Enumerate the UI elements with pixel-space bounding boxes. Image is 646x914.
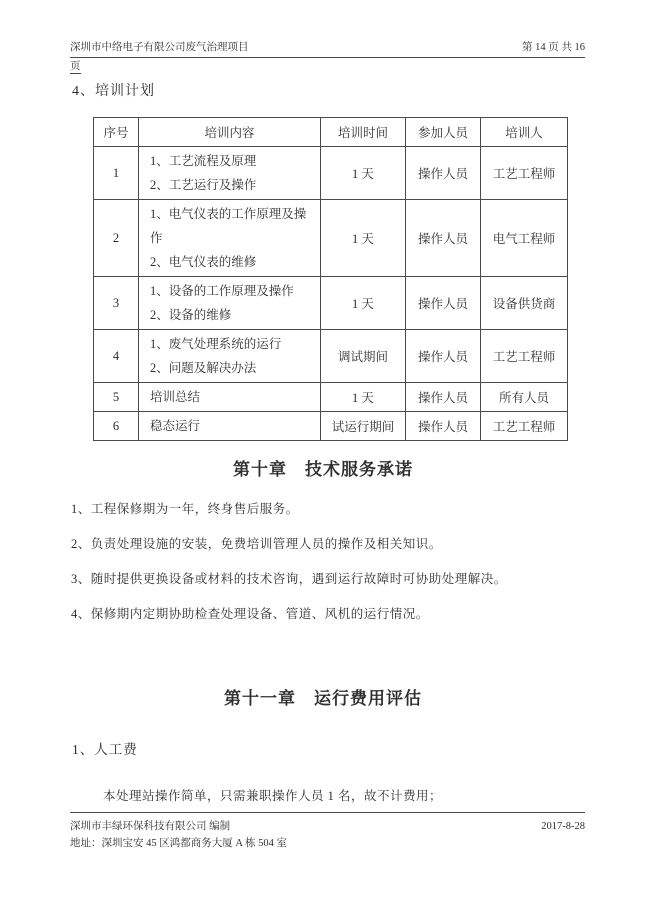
content-line: 1、废气处理系统的运行 — [150, 332, 316, 356]
content-line: 2、工艺运行及操作 — [150, 173, 316, 197]
cell-time: 1 天 — [321, 200, 406, 277]
page-footer: 深圳市丰绿环保科技有限公司 编制 2017-8-28 地址：深圳宝安 45 区鸿… — [70, 812, 585, 852]
chapter-11-paragraph: 本处理站操作简单，只需兼职操作人员 1 名，故不计费用； — [103, 786, 573, 804]
service-commitment-item: 1、工程保修期为一年，终身售后服务。 — [71, 501, 586, 518]
cell-content: 1、电气仪表的工作原理及操作2、电气仪表的维修 — [139, 200, 321, 277]
table-row: 21、电气仪表的工作原理及操作2、电气仪表的维修1 天操作人员电气工程师 — [94, 200, 568, 277]
cell-no: 3 — [94, 277, 139, 330]
content-line: 2、电气仪表的维修 — [150, 250, 316, 274]
header-page-number-wrap: 页 — [70, 61, 81, 74]
chapter-11-subsection-title: 1、人工费 — [72, 738, 138, 758]
cell-no: 4 — [94, 330, 139, 383]
service-commitment-item: 3、随时提供更换设备或材料的技术咨询，遇到运行故障时可协助处理解决。 — [71, 571, 586, 588]
cell-trainer: 所有人员 — [481, 383, 568, 412]
cell-participants: 操作人员 — [406, 147, 481, 200]
cell-participants: 操作人员 — [406, 200, 481, 277]
footer-date: 2017-8-28 — [541, 818, 585, 835]
section-4-title: 4、培训计划 — [72, 80, 155, 100]
page-header: 深圳市中络电子有限公司废气治理项目 第 14 页 共 16 页 — [70, 40, 585, 74]
cell-participants: 操作人员 — [406, 277, 481, 330]
training-table-body: 11、工艺流程及原理2、工艺运行及操作1 天操作人员工艺工程师21、电气仪表的工… — [94, 147, 568, 441]
cell-content: 1、废气处理系统的运行2、问题及解决办法 — [139, 330, 321, 383]
cell-participants: 操作人员 — [406, 330, 481, 383]
header-wrap-line: 页 — [70, 59, 585, 74]
footer-line-1: 深圳市丰绿环保科技有限公司 编制 2017-8-28 — [70, 818, 585, 835]
cell-time: 1 天 — [321, 277, 406, 330]
cell-no: 5 — [94, 383, 139, 412]
footer-company: 深圳市丰绿环保科技有限公司 编制 — [70, 818, 230, 835]
col-header-time: 培训时间 — [321, 118, 406, 147]
chapter-11-title: 第十一章 运行费用评估 — [0, 684, 646, 709]
cell-trainer: 电气工程师 — [481, 200, 568, 277]
table-row: 11、工艺流程及原理2、工艺运行及操作1 天操作人员工艺工程师 — [94, 147, 568, 200]
cell-time: 1 天 — [321, 147, 406, 200]
cell-participants: 操作人员 — [406, 383, 481, 412]
col-header-participants: 参加人员 — [406, 118, 481, 147]
cell-no: 6 — [94, 412, 139, 441]
cell-trainer: 工艺工程师 — [481, 147, 568, 200]
cell-time: 1 天 — [321, 383, 406, 412]
cell-no: 1 — [94, 147, 139, 200]
cell-participants: 操作人员 — [406, 412, 481, 441]
header-project-title: 深圳市中络电子有限公司废气治理项目 — [70, 40, 249, 55]
cell-content: 稳态运行 — [139, 412, 321, 441]
service-commitment-item: 4、保修期内定期协助检查处理设备、管道、风机的运行情况。 — [71, 606, 586, 623]
cell-time: 调试期间 — [321, 330, 406, 383]
cell-content: 培训总结 — [139, 383, 321, 412]
col-header-trainer: 培训人 — [481, 118, 568, 147]
header-line: 深圳市中络电子有限公司废气治理项目 第 14 页 共 16 — [70, 40, 585, 58]
col-header-content: 培训内容 — [139, 118, 321, 147]
chapter-10-title: 第十章 技术服务承诺 — [0, 455, 646, 480]
content-line: 稳态运行 — [150, 414, 316, 438]
content-line: 1、设备的工作原理及操作 — [150, 279, 316, 303]
cell-content: 1、工艺流程及原理2、工艺运行及操作 — [139, 147, 321, 200]
cell-content: 1、设备的工作原理及操作2、设备的维修 — [139, 277, 321, 330]
content-line: 2、问题及解决办法 — [150, 356, 316, 380]
table-row: 5培训总结1 天操作人员所有人员 — [94, 383, 568, 412]
training-plan-table: 序号 培训内容 培训时间 参加人员 培训人 11、工艺流程及原理2、工艺运行及操… — [93, 117, 568, 441]
cell-trainer: 设备供货商 — [481, 277, 568, 330]
header-page-number: 第 14 页 共 16 — [522, 40, 585, 55]
chapter-10-items: 1、工程保修期为一年，终身售后服务。2、负责处理设施的安装，免费培训管理人员的操… — [71, 501, 586, 641]
cell-no: 2 — [94, 200, 139, 277]
cell-trainer: 工艺工程师 — [481, 412, 568, 441]
col-header-no: 序号 — [94, 118, 139, 147]
table-row: 6稳态运行试运行期间操作人员工艺工程师 — [94, 412, 568, 441]
table-header-row: 序号 培训内容 培训时间 参加人员 培训人 — [94, 118, 568, 147]
content-line: 1、工艺流程及原理 — [150, 149, 316, 173]
content-line: 1、电气仪表的工作原理及操作 — [150, 202, 316, 250]
content-line: 2、设备的维修 — [150, 303, 316, 327]
cell-trainer: 工艺工程师 — [481, 330, 568, 383]
table-row: 31、设备的工作原理及操作2、设备的维修1 天操作人员设备供货商 — [94, 277, 568, 330]
footer-address: 地址：深圳宝安 45 区鸿都商务大厦 A 栋 504 室 — [70, 835, 585, 852]
cell-time: 试运行期间 — [321, 412, 406, 441]
table-row: 41、废气处理系统的运行2、问题及解决办法调试期间操作人员工艺工程师 — [94, 330, 568, 383]
content-line: 培训总结 — [150, 385, 316, 409]
service-commitment-item: 2、负责处理设施的安装，免费培训管理人员的操作及相关知识。 — [71, 536, 586, 553]
